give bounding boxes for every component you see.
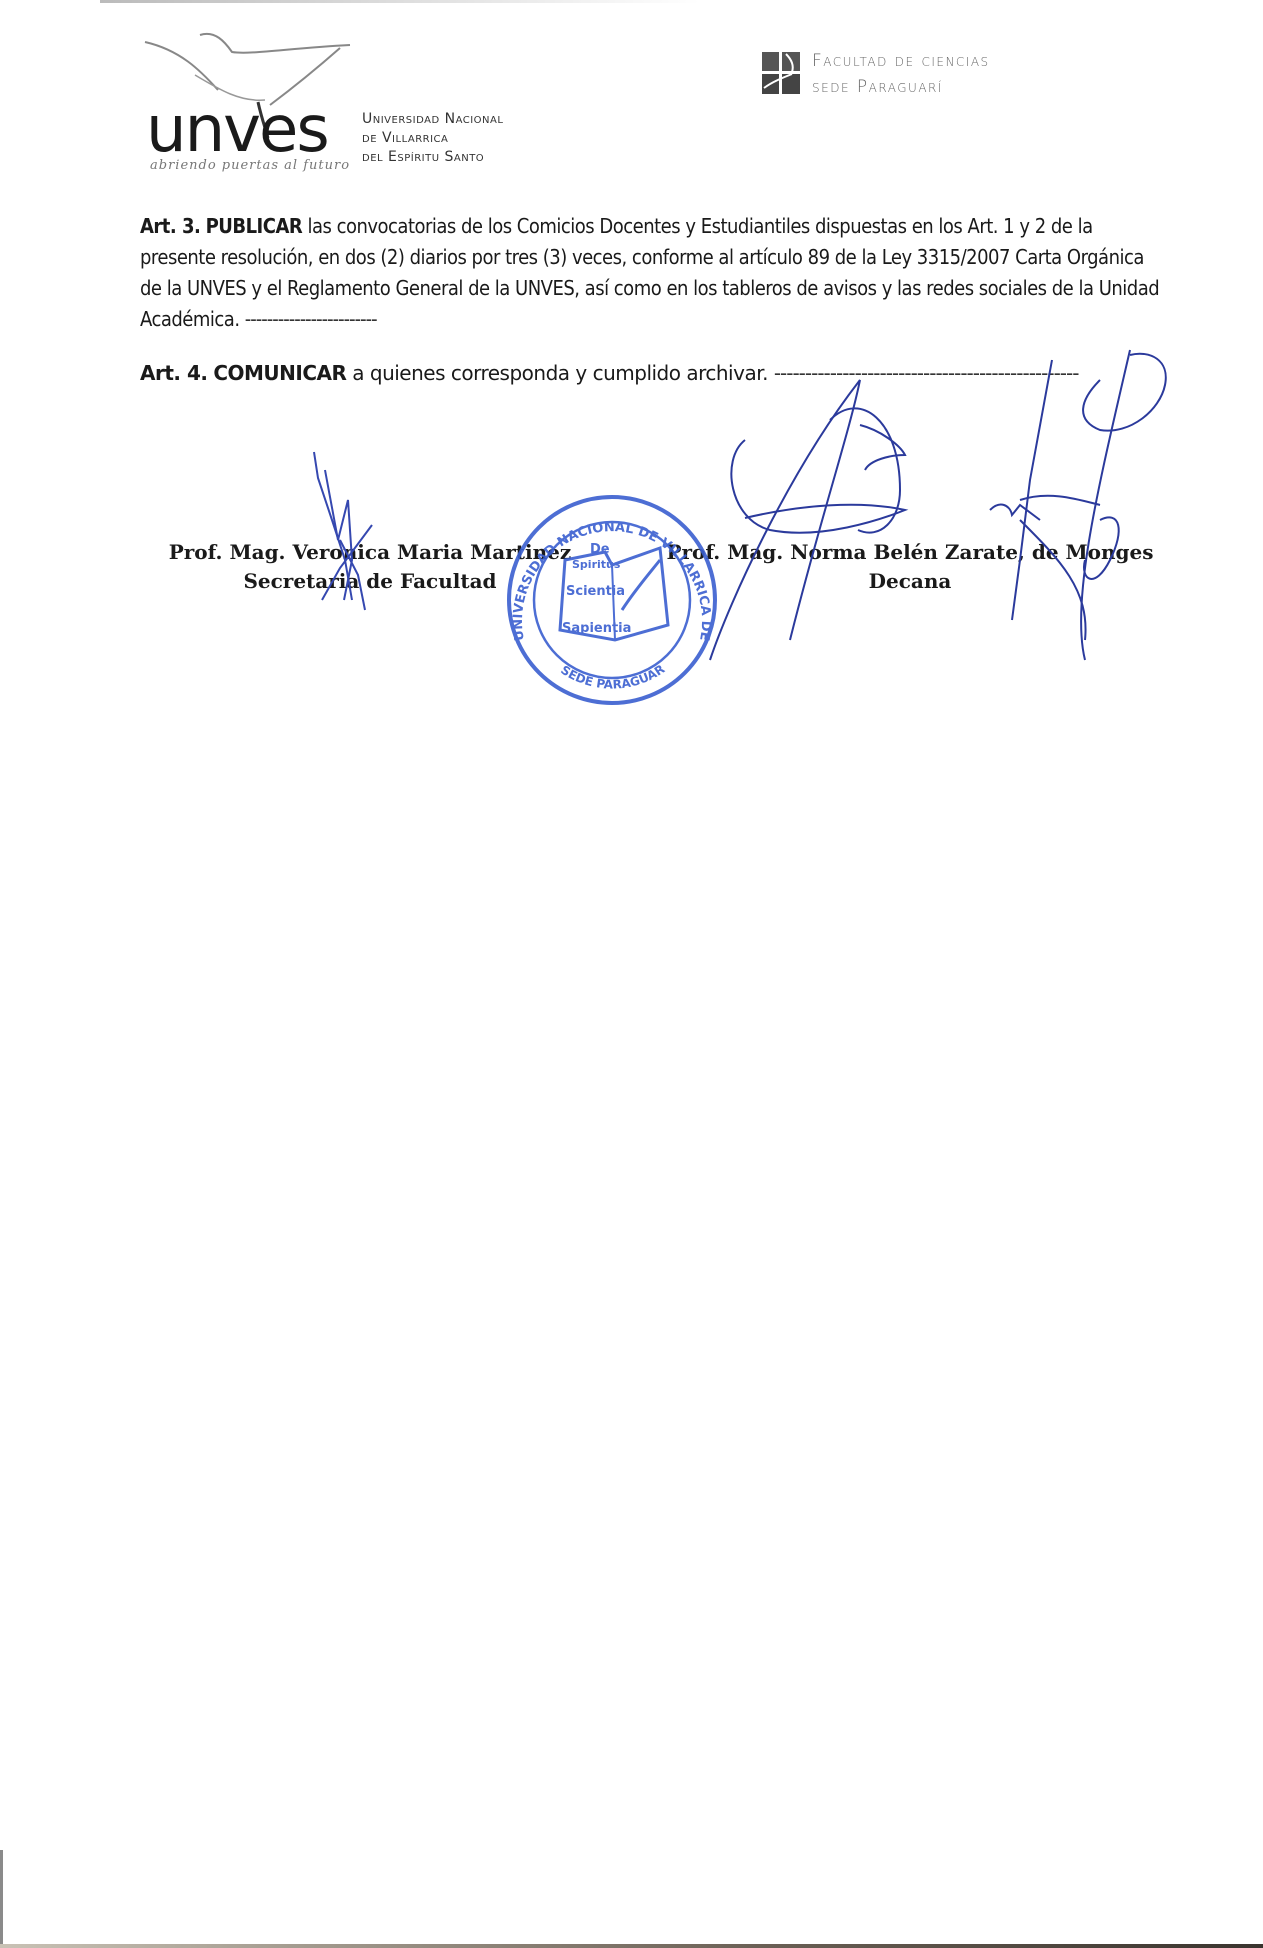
svg-text:De: De	[590, 542, 610, 557]
wordmark: unves	[146, 98, 328, 162]
faculty-line-1: Facultad de ciencias	[812, 48, 990, 74]
scan-edge-bottom	[0, 1944, 1263, 1948]
article-3: Art. 3. PUBLICAR las convocatorias de lo…	[140, 211, 1160, 335]
article-4-verb: COMUNICAR	[213, 361, 346, 385]
article-4-text: a quienes corresponda y cumplido archiva…	[352, 361, 768, 385]
signatory-secretary-name: Prof. Mag. Veronica Maria Martinez	[160, 538, 580, 567]
article-3-label: Art. 3.	[140, 214, 200, 238]
article-3-verb: PUBLICAR	[206, 214, 303, 238]
svg-text:Sapientia: Sapientia	[562, 621, 631, 636]
faculty-line-2: sede Paraguarí	[812, 74, 990, 100]
article-4: Art. 4. COMUNICAR a quienes corresponda …	[140, 358, 1160, 389]
scan-edge-left	[0, 1850, 3, 1948]
article-4-label: Art. 4.	[140, 361, 207, 385]
signatory-dean-role: Decana	[650, 567, 1170, 596]
university-logo: unves abriendo puertas al futuro Univers…	[120, 30, 580, 180]
article-4-dashes: ----------------------------------------…	[774, 361, 1079, 385]
dean-signature	[710, 350, 1166, 660]
signatory-secretary: Prof. Mag. Veronica Maria Martinez Secre…	[160, 538, 580, 596]
institution-name: Universidad Nacional de Villarrica del E…	[362, 110, 503, 167]
faculty-mark-icon	[762, 52, 800, 94]
signatory-dean: Prof. Mag. Norma Belén Zarate, de Monges…	[650, 538, 1170, 596]
faculty-logo: Facultad de ciencias sede Paraguarí	[762, 48, 1082, 108]
scan-edge-top	[100, 0, 700, 3]
signatory-secretary-role: Secretaria de Facultad	[160, 567, 580, 596]
signatory-dean-name: Prof. Mag. Norma Belén Zarate, de Monges	[650, 538, 1170, 567]
article-3-dashes: ------------------------	[245, 307, 377, 331]
tagline: abriendo puertas al futuro	[150, 158, 350, 173]
institution-line-3: del Espíritu Santo	[362, 148, 503, 167]
institution-line-1: Universidad Nacional	[362, 110, 503, 129]
institution-line-2: de Villarrica	[362, 129, 503, 148]
faculty-name: Facultad de ciencias sede Paraguarí	[812, 48, 990, 100]
